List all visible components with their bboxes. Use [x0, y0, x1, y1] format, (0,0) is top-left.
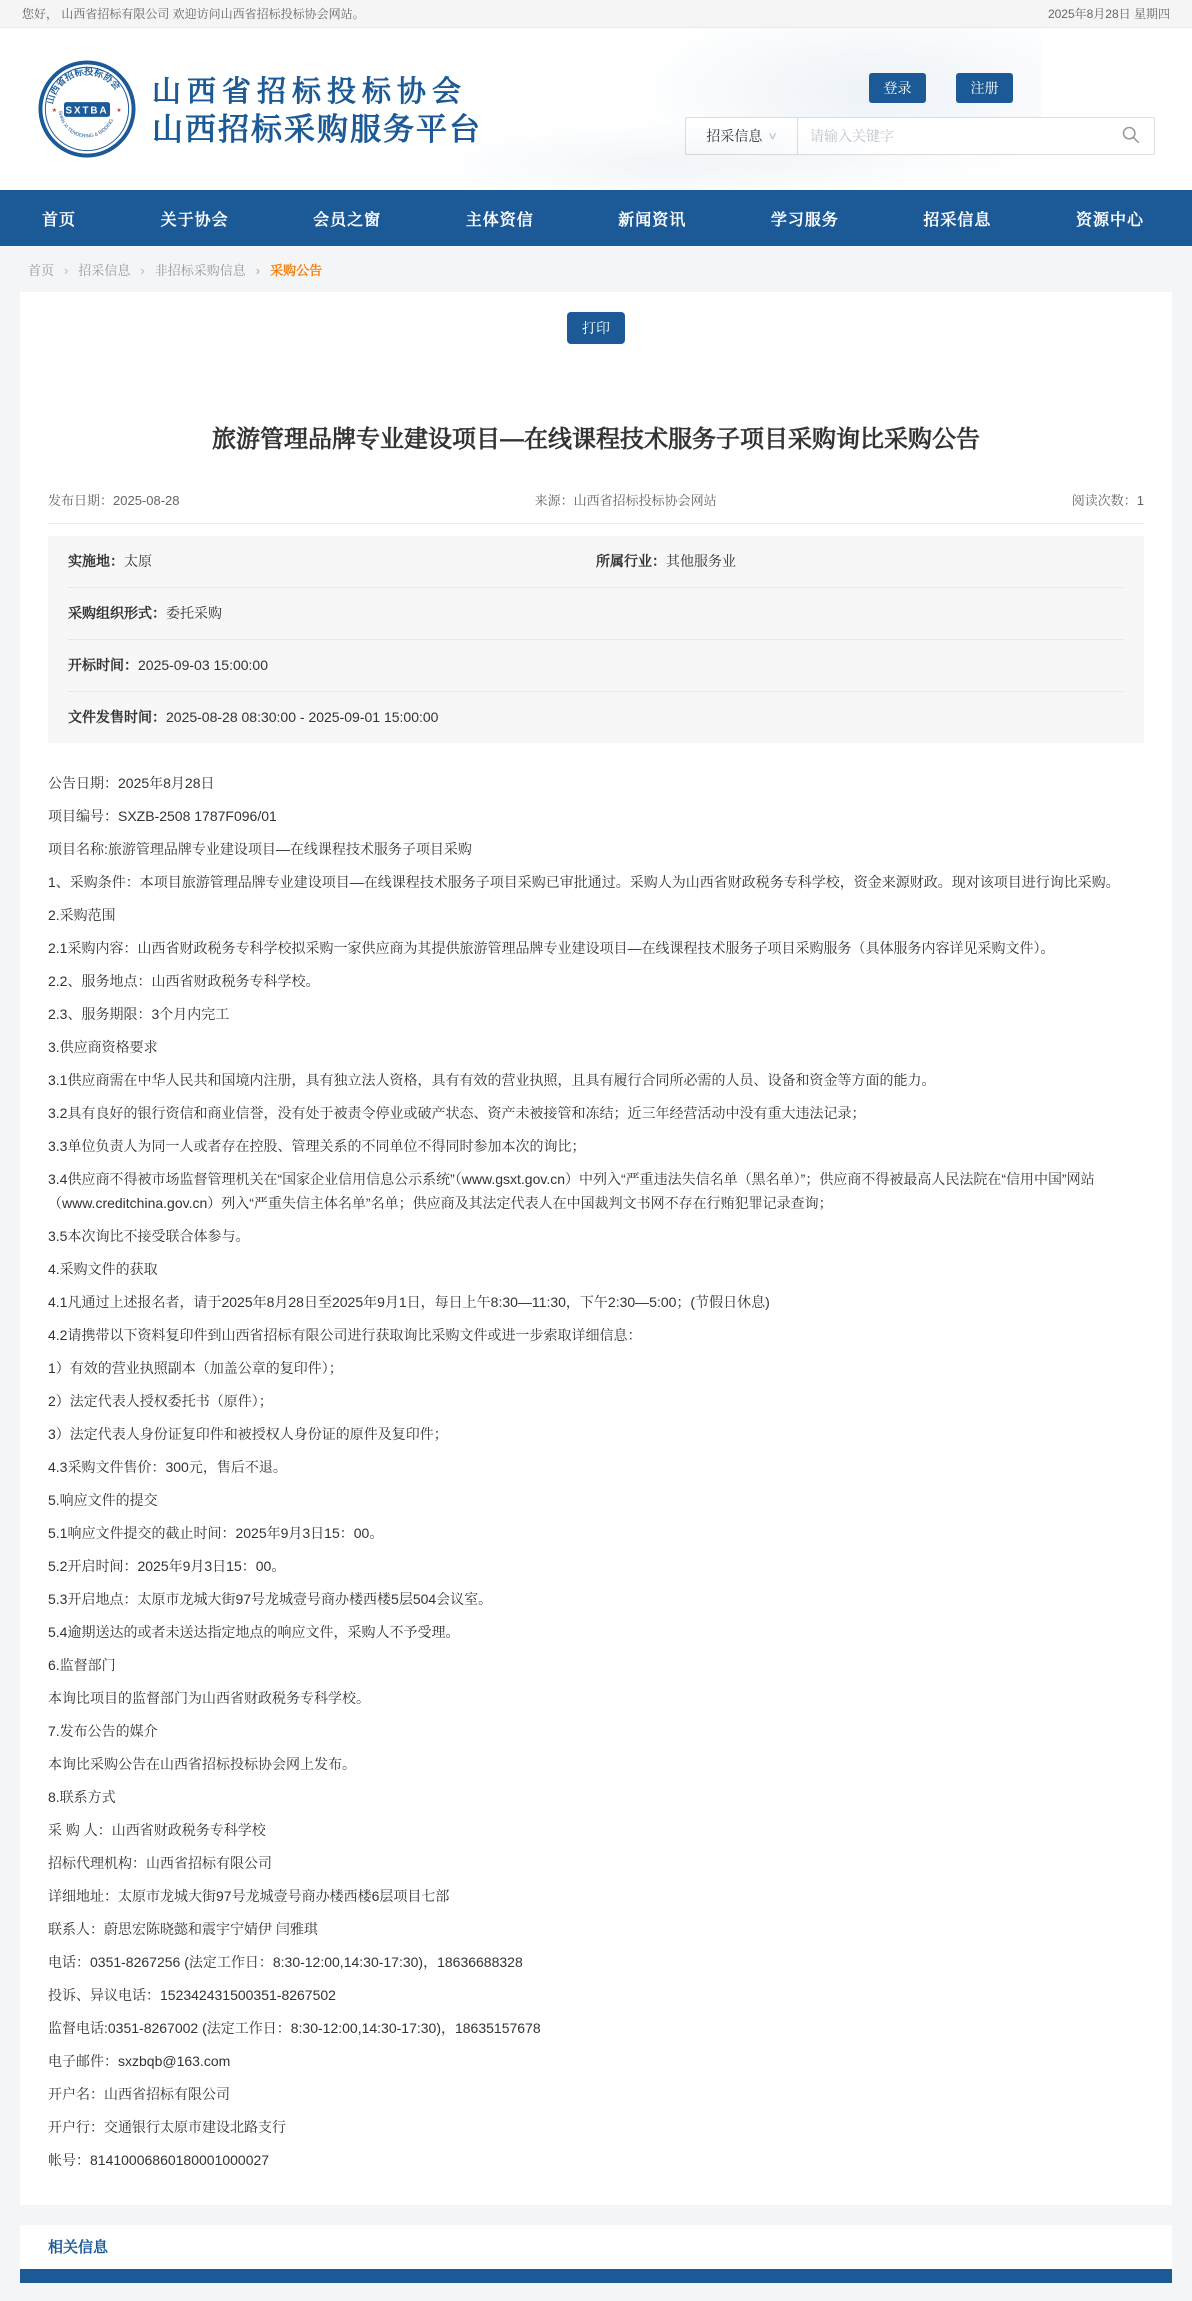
article-paragraph: 电话：0351-8267256 (法定工作日：8:30-12:00,14:30-… — [48, 1950, 1144, 1974]
article-paragraph: 公告日期：2025年8月28日 — [48, 771, 1144, 795]
related-info-title: 相关信息 — [20, 2239, 1172, 2257]
search-bar: 招采信息 ∨ — [685, 117, 1155, 155]
search-category-dropdown[interactable]: 招采信息 ∨ — [686, 118, 798, 154]
search-icon — [1120, 124, 1141, 148]
nav-item[interactable]: 学习服务 — [771, 207, 839, 230]
article-paragraph: 3.供应商资格要求 — [48, 1035, 1144, 1059]
article-paragraph: 4.2请携带以下资料复印件到山西省招标有限公司进行获取询比采购文件或进一步索取详… — [48, 1323, 1144, 1347]
article-paragraph: 7.发布公告的媒介 — [48, 1719, 1144, 1743]
article-paragraph: 4.1凡通过上述报名者，请于2025年8月28日至2025年9月1日，每日上午8… — [48, 1290, 1144, 1314]
site-titles: 山西省招标投标协会 山西招标采购服务平台 — [152, 74, 482, 150]
article-paragraph: 详细地址：太原市龙城大街97号龙城壹号商办楼西楼6层项目七部 — [48, 1884, 1144, 1908]
article-paragraph: 3.3单位负责人为同一人或者存在控股、管理关系的不同单位不得同时参加本次的询比； — [48, 1134, 1144, 1158]
chevron-down-icon: ∨ — [767, 131, 778, 142]
project-info-box: 实施地： 太原 所属行业： 其他服务业 采购组织形式： 委托采购 开标时间： 2… — [48, 536, 1144, 743]
nav-item[interactable]: 关于协会 — [161, 207, 229, 230]
article-paragraph: 5.3开启地点：太原市龙城大街97号龙城壹号商办楼西楼5层504会议室。 — [48, 1587, 1144, 1611]
article-paragraph: 2.3、服务期限：3个月内完工 — [48, 1002, 1144, 1026]
article-body: 公告日期：2025年8月28日项目编号：SXZB-2508 1787F096/0… — [48, 771, 1144, 2172]
search-input[interactable] — [798, 128, 1106, 144]
article-paragraph: 8.联系方式 — [48, 1785, 1144, 1809]
article-paragraph: 5.4逾期送达的或者未送达指定地点的响应文件，采购人不予受理。 — [48, 1620, 1144, 1644]
document-sale-time: 文件发售时间： 2025-08-28 08:30:00 - 2025-09-01… — [68, 708, 1124, 727]
article-paragraph: 3.1供应商需在中华人民共和国境内注册，具有独立法人资格，具有有效的营业执照，且… — [48, 1068, 1144, 1092]
article-paragraph: 5.1响应文件提交的截止时间：2025年9月3日15：00。 — [48, 1521, 1144, 1545]
print-button[interactable]: 打印 — [567, 312, 625, 344]
nav-item[interactable]: 主体资信 — [466, 207, 534, 230]
article-card: 打印 旅游管理品牌专业建设项目—在线课程技术服务子项目采购询比采购公告 发布日期… — [20, 292, 1172, 2205]
nav-item[interactable]: 资源中心 — [1076, 207, 1144, 230]
article-paragraph: 2.采购范围 — [48, 903, 1144, 927]
info-row: 文件发售时间： 2025-08-28 08:30:00 - 2025-09-01… — [68, 692, 1124, 743]
info-row: 实施地： 太原 所属行业： 其他服务业 — [68, 536, 1124, 588]
association-logo: 山西省招标投标协会 SHAN XI TENDERING & BIDDING ★ … — [38, 60, 136, 163]
brand[interactable]: 山西省招标投标协会 SHAN XI TENDERING & BIDDING ★ … — [38, 60, 482, 163]
main-nav: 首页关于协会会员之窗主体资信新闻资讯学习服务招采信息资源中心 — [0, 190, 1192, 246]
site-header: 山西省招标投标协会 SHAN XI TENDERING & BIDDING ★ … — [0, 28, 1192, 190]
breadcrumb-item[interactable]: 招采信息 — [54, 260, 130, 279]
nav-item[interactable]: 招采信息 — [923, 207, 991, 230]
login-button[interactable]: 登录 — [869, 73, 926, 103]
nav-item[interactable]: 新闻资讯 — [618, 207, 686, 230]
article-paragraph: 本询比采购公告在山西省招标投标协会网上发布。 — [48, 1752, 1144, 1776]
article-paragraph: 项目编号：SXZB-2508 1787F096/01 — [48, 804, 1144, 828]
site-title-line2: 山西招标采购服务平台 — [152, 110, 482, 150]
nav-item[interactable]: 会员之窗 — [313, 207, 381, 230]
svg-text:★: ★ — [52, 107, 57, 114]
article-paragraph: 3.4供应商不得被市场监督管理机关在“国家企业信用信息公示系统”（www.gsx… — [48, 1167, 1144, 1215]
breadcrumb-item[interactable]: 非招标采购信息 — [130, 260, 245, 279]
info-row: 采购组织形式： 委托采购 — [68, 588, 1124, 640]
implementation-place: 实施地： 太原 — [68, 552, 596, 571]
breadcrumb: 首页招采信息非招标采购信息采购公告 — [0, 246, 1192, 292]
article-paragraph: 3.2具有良好的银行资信和商业信誉，没有处于被责令停业或破产状态、资产未被接管和… — [48, 1101, 1144, 1125]
article-paragraph: 采 购 人：山西省财政税务专科学校 — [48, 1818, 1144, 1842]
article-paragraph: 联系人：蔚思宏陈晓懿和震宇宁婧伊 闫雅琪 — [48, 1917, 1144, 1941]
article-paragraph: 1、采购条件：本项目旅游管理品牌专业建设项目—在线课程技术服务子项目采购已审批通… — [48, 870, 1144, 894]
publish-date: 发布日期：2025-08-28 — [48, 490, 180, 509]
page-title: 旅游管理品牌专业建设项目—在线课程技术服务子项目采购询比采购公告 — [48, 424, 1144, 456]
register-button[interactable]: 注册 — [956, 73, 1013, 103]
breadcrumb-item[interactable]: 首页 — [28, 260, 54, 279]
auth-buttons: 登录 注册 — [685, 73, 1155, 103]
article-paragraph: 2.1采购内容：山西省财政税务专科学校拟采购一家供应商为其提供旅游管理品牌专业建… — [48, 936, 1144, 960]
breadcrumb-item[interactable]: 采购公告 — [246, 260, 322, 279]
article-paragraph: 2.2、服务地点：山西省财政税务专科学校。 — [48, 969, 1144, 993]
article-paragraph: 电子邮件：sxzbqb@163.com — [48, 2049, 1144, 2073]
article-paragraph: 项目名称:旅游管理品牌专业建设项目—在线课程技术服务子项目采购 — [48, 837, 1144, 861]
related-info-card: 相关信息 — [20, 2225, 1172, 2283]
article-paragraph: 本询比项目的监督部门为山西省财政税务专科学校。 — [48, 1686, 1144, 1710]
site-title-line1: 山西省招标投标协会 — [152, 74, 482, 110]
article-paragraph: 2）法定代表人授权委托书（原件）； — [48, 1389, 1144, 1413]
article-paragraph: 6.监督部门 — [48, 1653, 1144, 1677]
article-paragraph: 招标代理机构：山西省招标有限公司 — [48, 1851, 1144, 1875]
article-paragraph: 4.3采购文件售价：300元，售后不退。 — [48, 1455, 1144, 1479]
industry: 所属行业： 其他服务业 — [596, 552, 1124, 571]
article-paragraph: 开户行：交通银行太原市建设北路支行 — [48, 2115, 1144, 2139]
article-paragraph: 1）有效的营业执照副本（加盖公章的复印件）； — [48, 1356, 1144, 1380]
info-row: 开标时间： 2025-09-03 15:00:00 — [68, 640, 1124, 692]
bid-opening-time: 开标时间： 2025-09-03 15:00:00 — [68, 656, 1124, 675]
article-paragraph: 4.采购文件的获取 — [48, 1257, 1144, 1281]
article-paragraph: 投诉、异议电话：152342431500351-8267502 — [48, 1983, 1144, 2007]
article-paragraph: 监督电话:0351-8267002 (法定工作日：8:30-12:00,14:3… — [48, 2016, 1144, 2040]
article-paragraph: 帐号：81410006860180001000027 — [48, 2148, 1144, 2172]
welcome-text: 您好， 山西省招标有限公司 欢迎访问山西省招标投标协会网站。 — [22, 5, 365, 22]
procurement-form: 采购组织形式： 委托采购 — [68, 604, 1124, 623]
article-paragraph: 3）法定代表人身份证复印件和被授权人身份证的原件及复印件； — [48, 1422, 1144, 1446]
logo-badge-text: SXTBA — [65, 105, 108, 116]
article-paragraph: 5.2开启时间：2025年9月3日15：00。 — [48, 1554, 1144, 1578]
view-count: 阅读次数：1 — [1072, 490, 1144, 509]
current-date: 2025年8月28日 星期四 — [1048, 5, 1170, 22]
article-paragraph: 开户名：山西省招标有限公司 — [48, 2082, 1144, 2106]
related-info-header-bar — [20, 2269, 1172, 2283]
svg-text:★: ★ — [116, 107, 121, 114]
search-button[interactable] — [1106, 118, 1154, 154]
article-source: 来源：山西省招标投标协会网站 — [535, 490, 717, 509]
nav-item[interactable]: 首页 — [42, 207, 76, 230]
top-bar: 您好， 山西省招标有限公司 欢迎访问山西省招标投标协会网站。 2025年8月28… — [0, 0, 1192, 28]
article-paragraph: 5.响应文件的提交 — [48, 1488, 1144, 1512]
search-category-label: 招采信息 — [706, 126, 762, 146]
article-paragraph: 3.5本次询比不接受联合体参与。 — [48, 1224, 1144, 1248]
article-meta: 发布日期：2025-08-28 来源：山西省招标投标协会网站 阅读次数：1 — [48, 490, 1144, 524]
